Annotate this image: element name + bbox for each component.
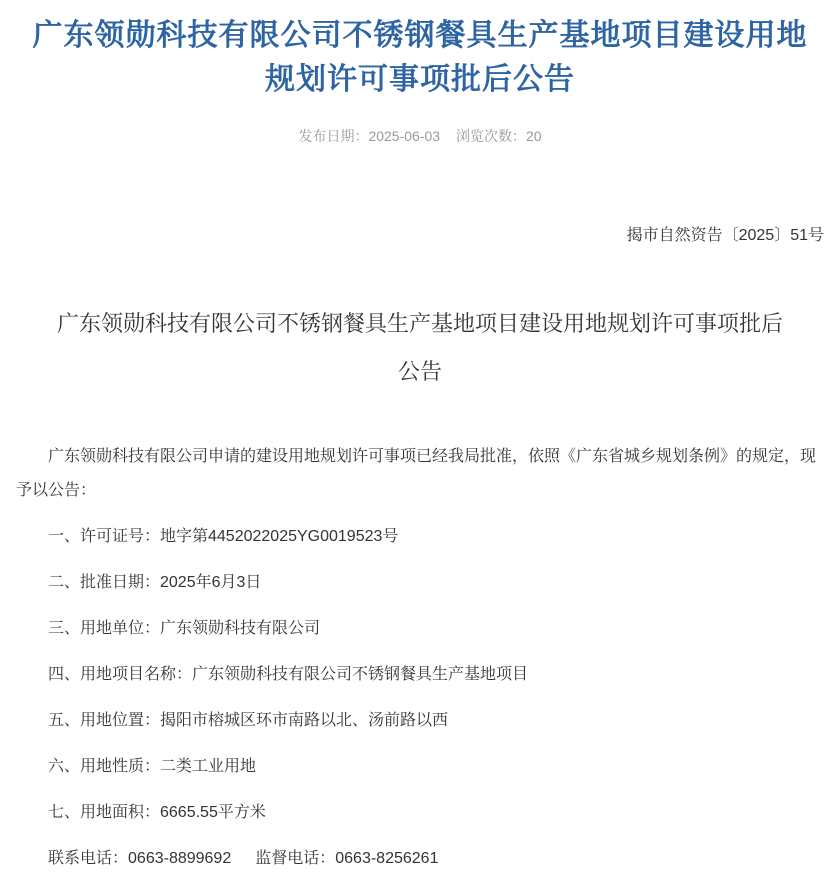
announcement-page: 广东领勋科技有限公司不锈钢餐具生产基地项目建设用地 规划许可事项批后公告 发布日… [0,0,840,880]
content-heading-line2: 公告 [16,348,824,396]
item-approval-date: 二、批准日期：2025年6月3日 [16,566,824,600]
views-field: 浏览次数：20 [456,128,542,144]
intro-paragraph: 广东领勋科技有限公司申请的建设用地规划许可事项已经我局批准，依照《广东省城乡规划… [16,440,824,508]
page-title: 广东领勋科技有限公司不锈钢餐具生产基地项目建设用地 规划许可事项批后公告 [16,14,824,102]
item-land-location: 五、用地位置：揭阳市榕城区环市南路以北、汤前路以西 [16,704,824,738]
content-heading: 广东领勋科技有限公司不锈钢餐具生产基地项目建设用地规划许可事项批后 公告 [16,300,824,396]
views-label: 浏览次数： [456,128,526,144]
document-number: 揭市自然资告〔2025〕51号 [16,224,824,248]
item-permit-number: 一、许可证号：地字第4452022025YG0019523号 [16,520,824,554]
item-project-name: 四、用地项目名称：广东领勋科技有限公司不锈钢餐具生产基地项目 [16,658,824,692]
views-value: 20 [526,128,542,144]
page-title-line2: 规划许可事项批后公告 [16,58,824,102]
item-land-area: 七、用地面积：6665.55平方米 [16,796,824,830]
contact-line: 联系电话：0663-8899692监督电话：0663-8256261 [16,842,824,876]
contact-phone-label: 联系电话： [48,850,128,867]
item-land-use-type: 六、用地性质：二类工业用地 [16,750,824,784]
meta-line: 发布日期：2025-06-03 浏览次数：20 [16,126,824,146]
page-title-line1: 广东领勋科技有限公司不锈钢餐具生产基地项目建设用地 [16,14,824,58]
contact-phone-value: 0663-8899692 [128,850,231,867]
item-land-user: 三、用地单位：广东领勋科技有限公司 [16,612,824,646]
publish-date-value: 2025-06-03 [368,128,440,144]
supervise-phone-value: 0663-8256261 [335,850,438,867]
article-body: 广东领勋科技有限公司申请的建设用地规划许可事项已经我局批准，依照《广东省城乡规划… [16,440,824,876]
publish-date-field: 发布日期：2025-06-03 [298,128,440,144]
content-heading-line1: 广东领勋科技有限公司不锈钢餐具生产基地项目建设用地规划许可事项批后 [16,300,824,348]
publish-date-label: 发布日期： [298,128,368,144]
supervise-phone-label: 监督电话： [255,850,335,867]
